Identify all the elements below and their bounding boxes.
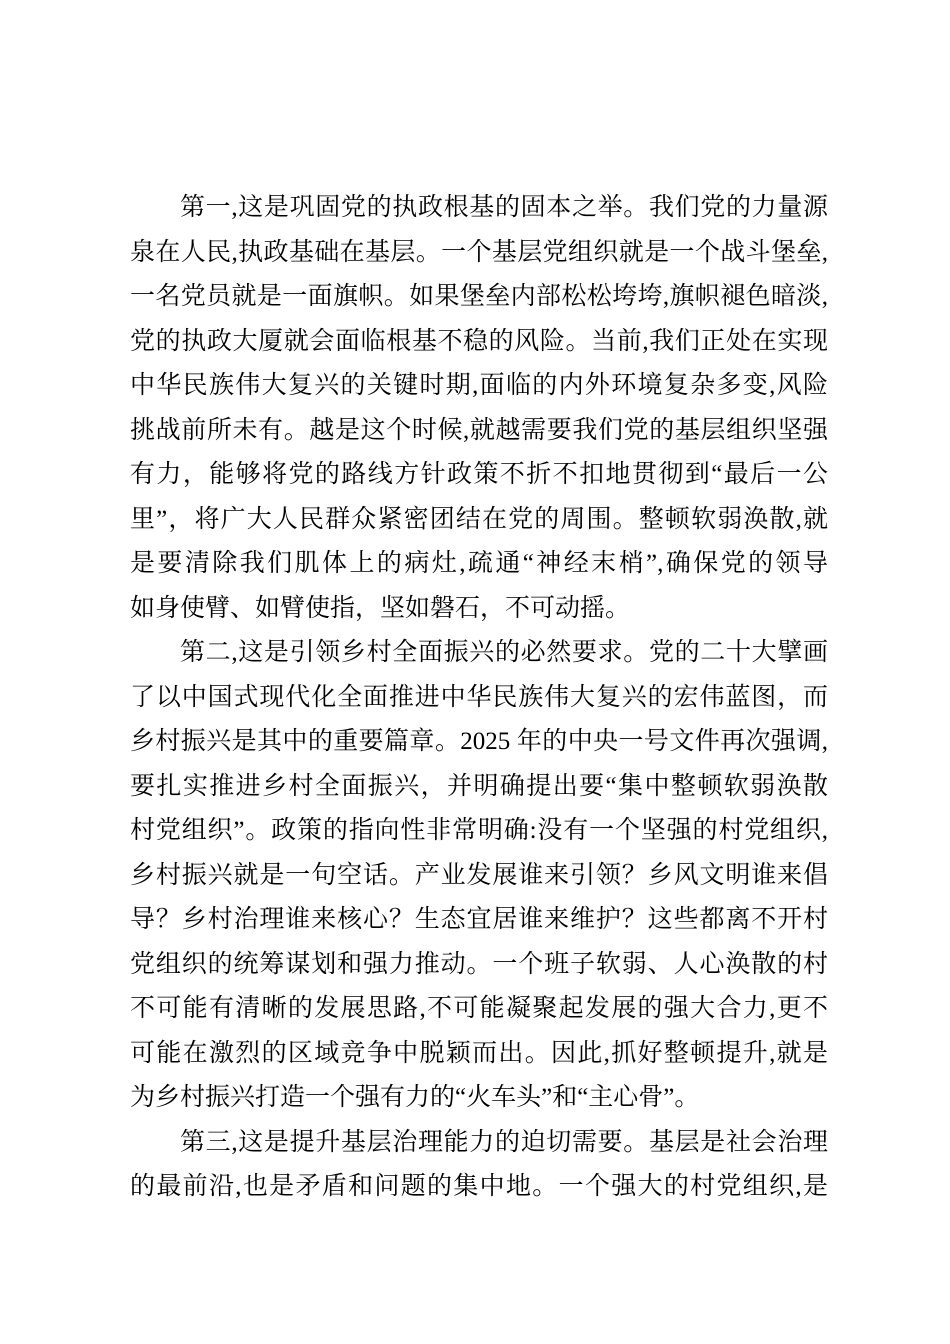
text-line: 不可能有清晰的发展思路,不可能凝聚起发展的强大合力,更不 — [130, 987, 828, 1032]
text-line: 要扎实推进乡村全面振兴，并明确提出要“集中整顿软弱涣散 — [130, 765, 828, 810]
text-line: 党组织的统筹谋划和强力推动。一个班子软弱、人心涣散的村庄, — [130, 943, 828, 988]
text-line: 导？乡村治理谁来核心？生态宜居谁来维护？这些都离不开村 — [130, 898, 828, 943]
text-line: 的最前沿,也是矛盾和问题的集中地。一个强大的村党组织,是 — [130, 1165, 828, 1210]
text-line: 村党组织”。政策的指向性非常明确:没有一个坚强的村党组织, — [130, 809, 828, 854]
text-line: 了以中国式现代化全面推进中华民族伟大复兴的宏伟蓝图，而 — [130, 676, 828, 721]
text-line: 里”，将广大人民群众紧密团结在党的周围。整顿软弱涣散,就 — [130, 498, 828, 543]
paragraph-3: 第三,这是提升基层治理能力的迫切需要。基层是社会治理 的最前沿,也是矛盾和问题的… — [130, 1121, 828, 1210]
text-line: 乡村振兴就是一句空话。产业发展谁来引领？乡风文明谁来倡 — [130, 854, 828, 899]
text-line: 可能在激烈的区域竞争中脱颖而出。因此,抓好整顿提升,就是 — [130, 1032, 828, 1077]
text-line: 泉在人民,执政基础在基层。一个基层党组织就是一个战斗堡垒, — [130, 231, 828, 276]
document-text-block: 第一,这是巩固党的执政根基的固本之举。我们党的力量源 泉在人民,执政基础在基层。… — [130, 186, 828, 1210]
text-line: 是要清除我们肌体上的病灶,疏通“神经末梢”,确保党的领导 — [130, 542, 828, 587]
text-line: 中华民族伟大复兴的关键时期,面临的内外环境复杂多变,风险 — [130, 364, 828, 409]
text-line: 如身使臂、如臂使指，坚如磐石，不可动摇。 — [130, 587, 828, 632]
text-line: 第二,这是引领乡村全面振兴的必然要求。党的二十大擘画 — [130, 631, 828, 676]
text-line: 有力，能够将党的路线方针政策不折不扣地贯彻到“最后一公 — [130, 453, 828, 498]
text-line: 第一,这是巩固党的执政根基的固本之举。我们党的力量源 — [130, 186, 828, 231]
text-line: 为乡村振兴打造一个强有力的“火车头”和“主心骨”。 — [130, 1076, 828, 1121]
text-line: 挑战前所未有。越是这个时候,就越需要我们党的基层组织坚强 — [130, 409, 828, 454]
document-page: 第一,这是巩固党的执政根基的固本之举。我们党的力量源 泉在人民,执政基础在基层。… — [0, 0, 950, 1344]
paragraph-2: 第二,这是引领乡村全面振兴的必然要求。党的二十大擘画 了以中国式现代化全面推进中… — [130, 631, 828, 1121]
text-line: 一名党员就是一面旗帜。如果堡垒内部松松垮垮,旗帜褪色暗淡, — [130, 275, 828, 320]
paragraph-1: 第一,这是巩固党的执政根基的固本之举。我们党的力量源 泉在人民,执政基础在基层。… — [130, 186, 828, 631]
text-line: 党的执政大厦就会面临根基不稳的风险。当前,我们正处在实现 — [130, 320, 828, 365]
text-line: 乡村振兴是其中的重要篇章。2025 年的中央一号文件再次强调, — [130, 720, 828, 765]
text-line: 第三,这是提升基层治理能力的迫切需要。基层是社会治理 — [130, 1121, 828, 1166]
